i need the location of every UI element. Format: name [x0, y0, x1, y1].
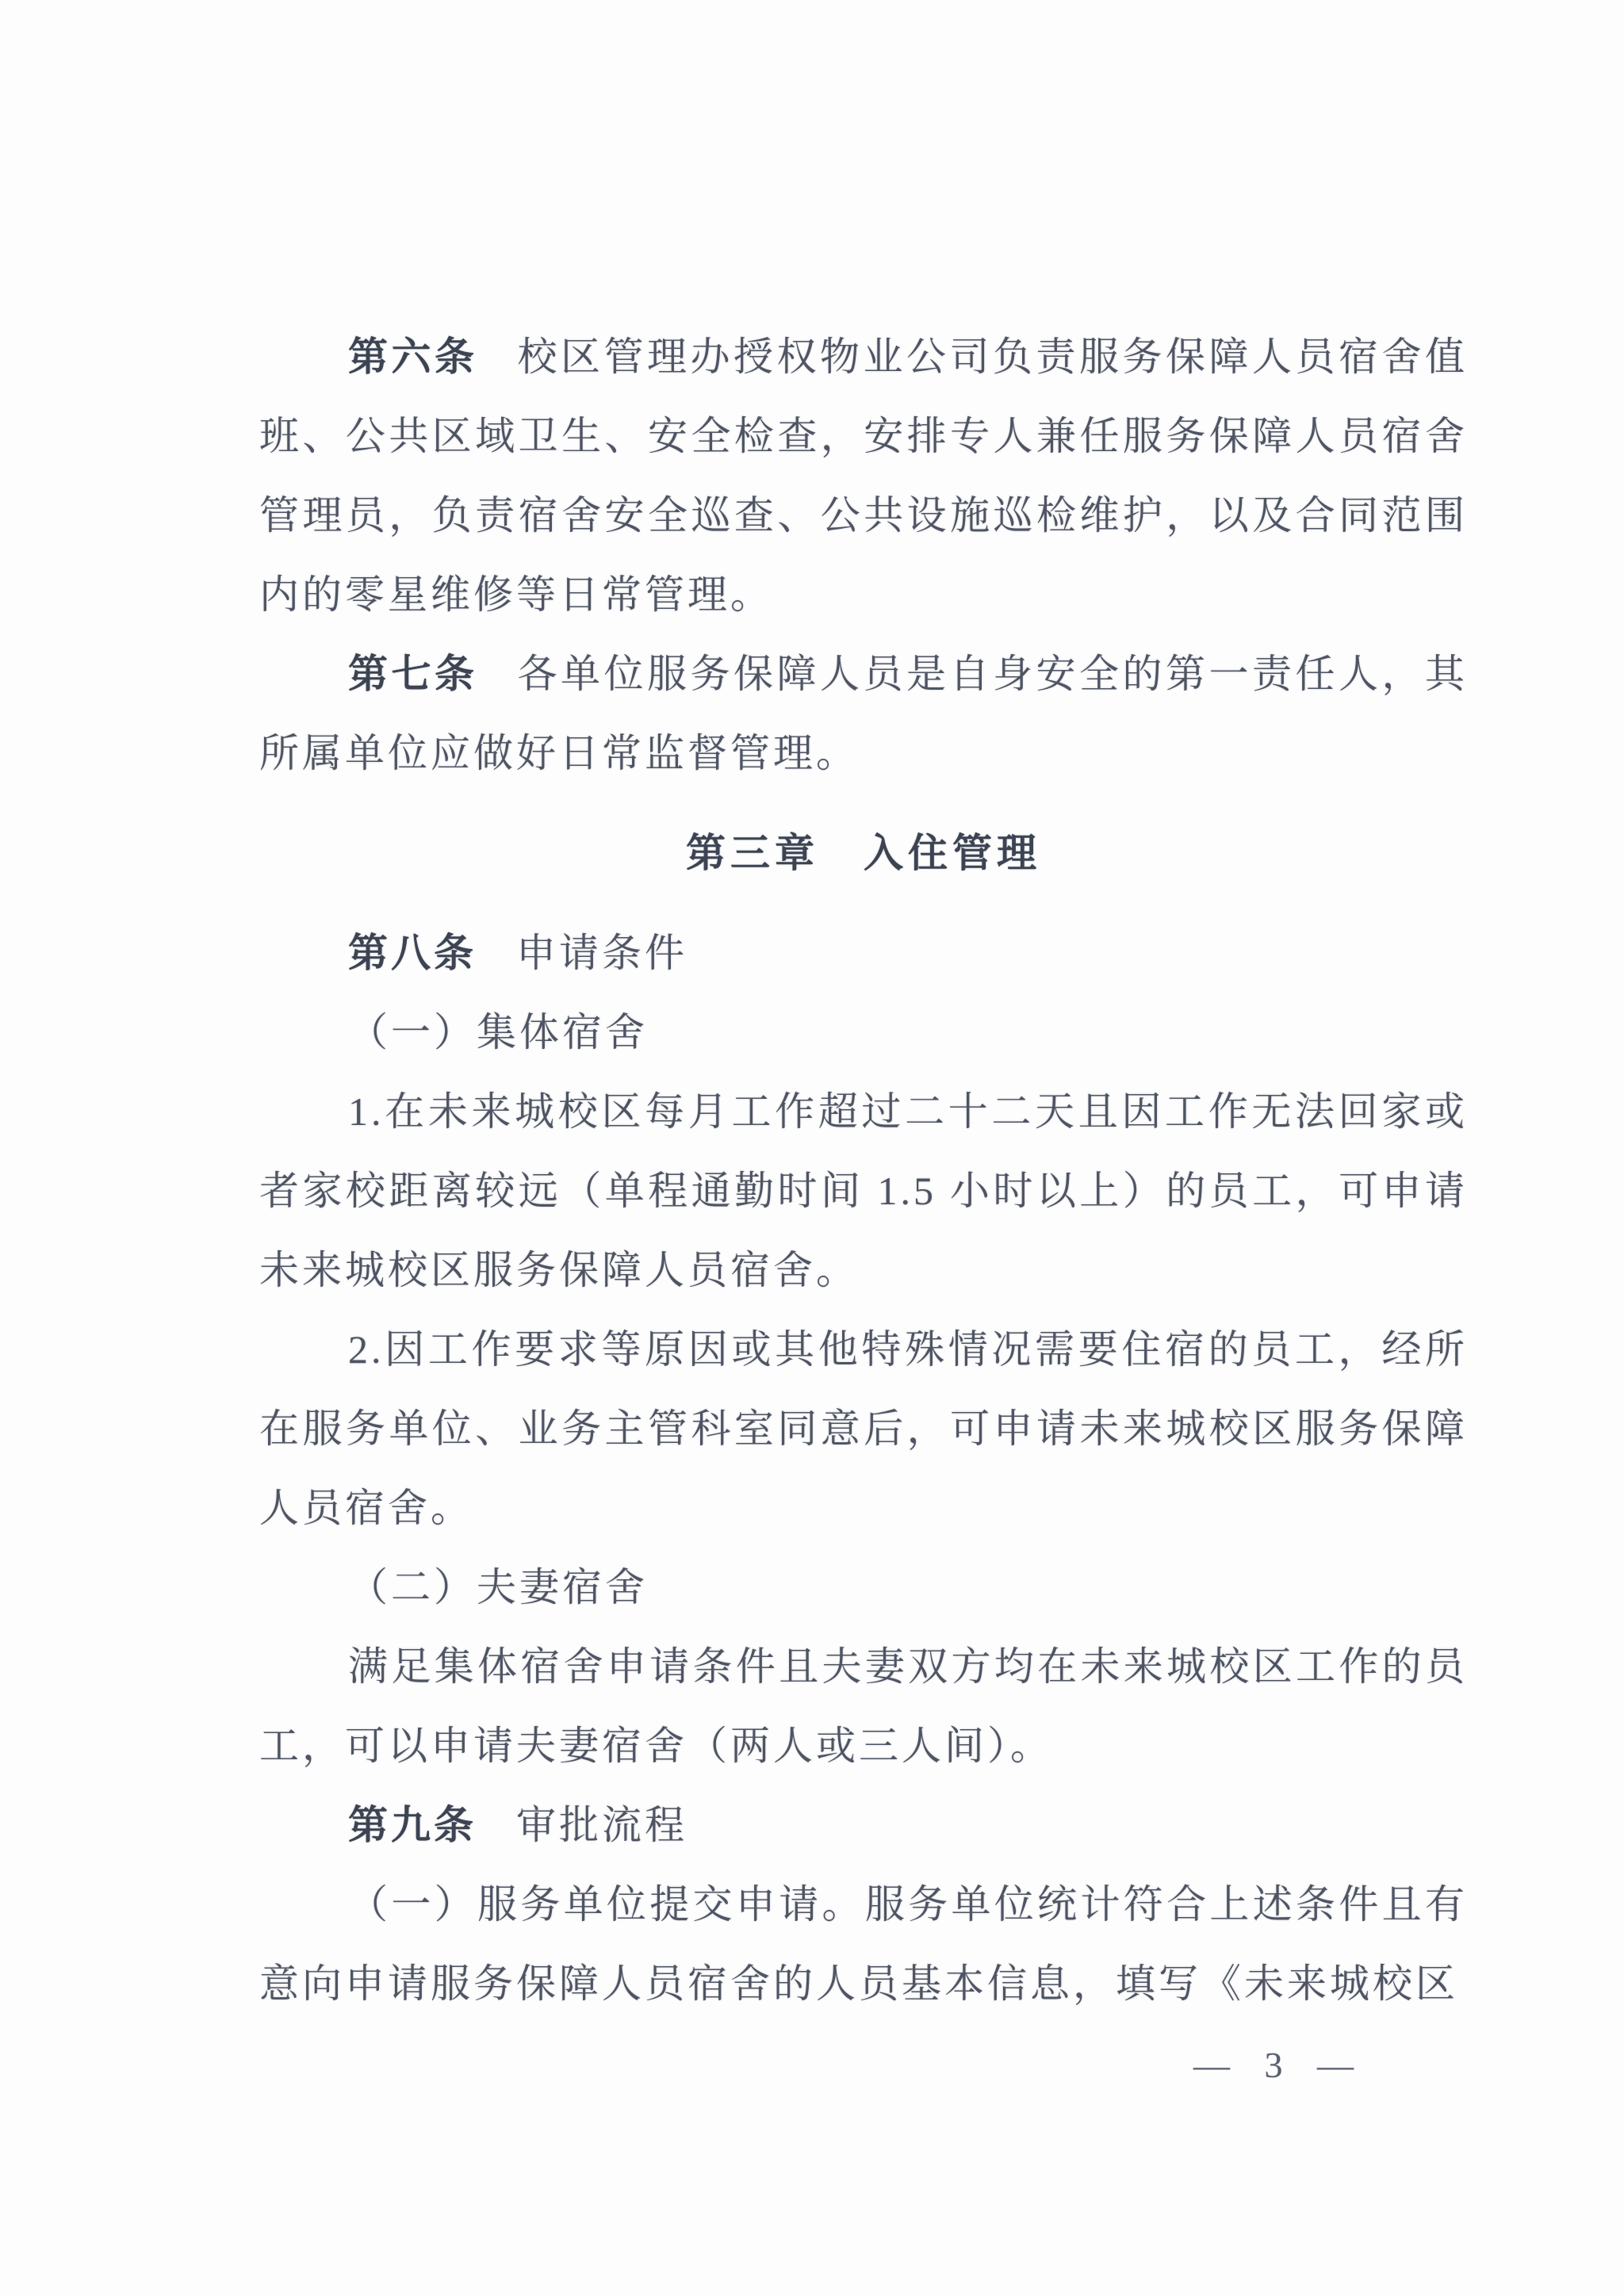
list-item-paragraph: 2.因工作要求等原因或其他特殊情况需要住宿的员工，经所在服务单位、业务主管科室同…	[259, 1310, 1468, 1548]
article-paragraph: 第八条申请条件	[259, 913, 1468, 993]
document-body: 第六条校区管理办授权物业公司负责服务保障人员宿舍值班、公共区域卫生、安全检查，安…	[259, 317, 1468, 2023]
clause-label: 第七条	[348, 652, 478, 696]
chapter-heading: 第三章 入住管理	[259, 813, 1468, 893]
list-item-paragraph: （一）集体宿舍	[259, 993, 1468, 1072]
document-page: 第六条校区管理办授权物业公司负责服务保障人员宿舍值班、公共区域卫生、安全检查，安…	[0, 0, 1624, 2296]
list-item-paragraph: 1.在未来城校区每月工作超过二十二天且因工作无法回家或者家校距离较远（单程通勤时…	[259, 1072, 1468, 1310]
body-paragraph: 满足集体宿舍申请条件且夫妻双方均在未来城校区工作的员工，可以申请夫妻宿舍（两人或…	[259, 1627, 1468, 1785]
list-item-paragraph: （一）服务单位提交申请。服务单位统计符合上述条件且有意向申请服务保障人员宿舍的人…	[259, 1865, 1468, 2023]
page-number: — 3 —	[1193, 2044, 1366, 2086]
article-paragraph: 第七条各单位服务保障人员是自身安全的第一责任人，其所属单位应做好日常监督管理。	[259, 634, 1468, 793]
clause-label: 第六条	[348, 335, 478, 379]
article-paragraph: 第六条校区管理办授权物业公司负责服务保障人员宿舍值班、公共区域卫生、安全检查，安…	[259, 317, 1468, 634]
list-item-paragraph: （二）夫妻宿舍	[259, 1548, 1468, 1627]
clause-label: 第八条	[348, 931, 477, 975]
article-paragraph: 第九条审批流程	[259, 1785, 1468, 1865]
clause-text: 审批流程	[516, 1803, 688, 1847]
clause-label: 第九条	[348, 1803, 477, 1847]
clause-text: 申请条件	[516, 931, 688, 975]
